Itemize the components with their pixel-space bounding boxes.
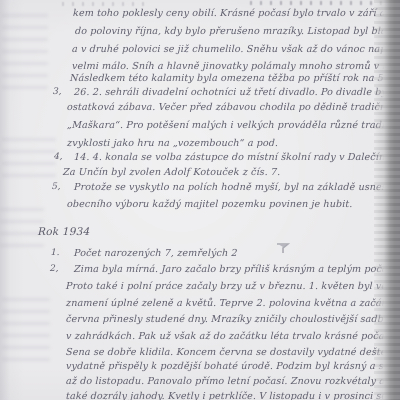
item-number: 5, <box>52 182 61 192</box>
handwritten-line: až do listopadu. Panovalo přímo letní po… <box>66 376 385 387</box>
handwritten-line: velmi málo. Sníh a hlavně jinovatky polá… <box>72 61 400 72</box>
scan-right-edge <box>374 0 400 400</box>
handwritten-line: obecního výboru každý majitel pozemku po… <box>67 199 353 210</box>
cropped-top-line <box>62 2 152 6</box>
handwritten-line: 14. 4. konala se volba zástupce do místn… <box>74 152 394 163</box>
scan-left-edge <box>0 0 10 400</box>
bleed-through-text <box>2 138 56 182</box>
year-heading: Rok 1934 <box>38 226 91 238</box>
handwritten-line: 26. 2. sehráli divadelní ochotníci už tř… <box>74 87 396 98</box>
handwritten-line: Zima byla mírná. Jaro začalo brzy příliš… <box>74 264 400 275</box>
handwritten-line: a v druhé polovici se již chumelilo. Sně… <box>72 44 400 55</box>
handwritten-line: Sena se dobře klidila. Koncem června se … <box>66 347 400 358</box>
handwritten-line: do poloviny října, kdy bylo přerušeno mr… <box>75 26 400 37</box>
handwritten-line: v zahrádkách. Pak už však až do začátku … <box>66 331 396 342</box>
item-number: 4, <box>54 152 63 162</box>
handwritten-line: Následkem této kalamity byla omezena těž… <box>70 73 400 84</box>
scanned-page: kem toho poklesly ceny obilí. Krásné poč… <box>0 0 400 400</box>
handwritten-line: Počet narozených 7, zemřelých 2 <box>74 248 238 259</box>
handwritten-line: znamení úplné zeleně a květů. Teprve 2. … <box>66 298 398 309</box>
handwritten-line: kem toho poklesly ceny obilí. Krásné poč… <box>73 8 391 19</box>
item-number: 2, <box>50 264 59 274</box>
handwritten-line: vydatně přispěly k pozdější bohaté úrodě… <box>66 361 400 372</box>
handwritten-line: ostatková zábava. Večer před zábavou cho… <box>67 102 390 113</box>
handwritten-line: „Maškara“. Pro potěšení malých i velkých… <box>67 120 400 131</box>
item-number: 3, <box>53 87 62 97</box>
handwritten-line: Proto také i polní práce začaly brzy už … <box>66 281 388 292</box>
handwritten-line: Za Unčín byl zvolen Adolf Kotouček z čís… <box>63 167 281 178</box>
handwritten-line: také dozrály jahody. Kvetly i petrklíče.… <box>66 391 388 400</box>
item-number: 1. <box>51 248 60 258</box>
ink-blot <box>276 243 290 254</box>
handwritten-line: zvyklosti jako hru na „vozembouch“ a pod… <box>67 138 279 149</box>
handwritten-line: Protože se vyskytlo na polích hodně myší… <box>74 182 400 193</box>
handwritten-line: června přinesly studené dny. Mrazíky zni… <box>66 314 390 325</box>
cropped-top-line <box>250 1 382 5</box>
